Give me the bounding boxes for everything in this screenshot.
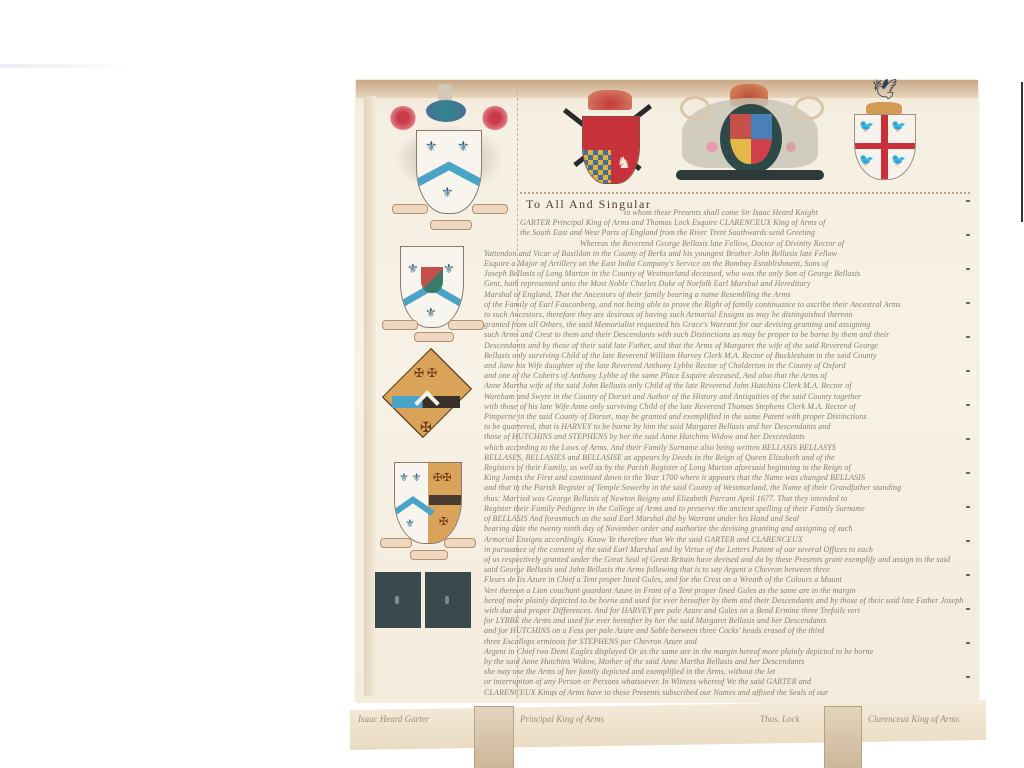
text-line: Whereas the Reverend George Bellasis lat… — [484, 239, 966, 249]
grant-body-text: to whom these Presents shall come Sir Is… — [484, 196, 966, 696]
text-line: to whom these Presents shall come Sir Is… — [484, 208, 966, 218]
scan-artifact — [0, 64, 130, 68]
text-line: Armorial Ensigns accordingly. Know Ye th… — [484, 535, 966, 545]
text-line: said George Bellasis and John Bellasis t… — [484, 565, 966, 575]
text-line: bearing date the twenty ninth day of Nov… — [484, 524, 966, 534]
text-line: in pursuance of the consent of the said … — [484, 545, 966, 555]
text-line: of the Family of Earl Fauconberg, and no… — [484, 300, 966, 310]
text-line: and that in the Parish Register of Templ… — [484, 483, 966, 493]
text-line: Esquire a Major of Artillery on the East… — [484, 259, 966, 269]
text-line: Anne Martha wife of the said John Bellas… — [484, 381, 966, 391]
text-line: of us respectively granted under the Gre… — [484, 555, 966, 565]
text-line: Yattendon and Vicar of Basildon in the C… — [484, 249, 966, 259]
text-line: with those of his late Wife Anne only su… — [484, 402, 966, 412]
royal-arms-icon — [670, 84, 830, 196]
earl-marshal-arms-icon: ♞ — [566, 86, 658, 186]
text-line: hereof more plainly depicted to be borne… — [484, 596, 966, 606]
text-line: BELLASES, BELLASIES and BELLASISE as app… — [484, 453, 966, 463]
text-line: the South East and West Parts of England… — [484, 228, 966, 238]
impaled-arms-icon: ⚜ ⚜ ⚜ ✠✠ ✠ — [380, 460, 476, 560]
text-line: Bellasis only surviving Child of the lat… — [484, 351, 966, 361]
text-line: Joseph Bellasis of Long Marton in the Co… — [484, 269, 966, 279]
text-line: such Arms and Crest to them and their De… — [484, 330, 966, 340]
lozenge-arms-icon: ✠ ✠ ✠ — [388, 352, 464, 452]
text-line: by the said Anne Hutchins Widow, Mother … — [484, 657, 966, 667]
signature-clarenceux: Clarenceux King of Arms — [868, 714, 959, 724]
seal-box-left — [375, 572, 421, 628]
text-line: and one of the Coheirs of Anthony Lybbe … — [484, 371, 966, 381]
text-line: CLARENCEUX Kings of Arms have to these P… — [484, 688, 966, 696]
signature-strip — [350, 700, 986, 750]
text-line: Fleurs de lis Azure in Chief a Tent prop… — [484, 575, 966, 585]
right-border-dots — [966, 200, 970, 680]
text-line: King James the First and continued down … — [484, 473, 966, 483]
text-line: Gent, hath represented unto the Most Nob… — [484, 279, 966, 289]
signature-garter: Isaac Heard Garter — [358, 714, 429, 724]
text-line: which according to the Laws of Arms. And… — [484, 443, 966, 453]
edge-divider — [1021, 82, 1023, 222]
text-line: three Escallops erminois for STEPHENS pe… — [484, 637, 966, 647]
text-line: or interruption of any Person or Persons… — [484, 677, 966, 687]
text-line: to such Ancestors, therefore they are de… — [484, 310, 966, 320]
signature-principal-king: Principal King of Arms — [520, 714, 604, 724]
signature-lock: Thos. Lock — [760, 714, 800, 724]
text-line: she may use the Arms of her family depic… — [484, 667, 966, 677]
text-line: Wareham and Swyre in the County of Dorse… — [484, 392, 966, 402]
seal-tab-left — [474, 706, 514, 768]
text-line: Registers of their Family, as well as by… — [484, 463, 966, 473]
text-line: Register their Family Pedigree in the Co… — [484, 504, 966, 514]
text-line: Marshal of England, That the Ancestors o… — [484, 290, 966, 300]
text-line: GARTER Principal King of Arms and Thomas… — [484, 218, 966, 228]
seal-tab-right — [824, 706, 862, 768]
college-of-arms-icon: 🕊 🐦 🐦 🐦 🐦 — [850, 80, 920, 190]
text-line: Descendants and by those of their said l… — [484, 341, 966, 351]
text-line: Argent in Chief two Demi Eagles displaye… — [484, 647, 966, 657]
text-line: of BELLASIS And forasmuch as the said Ea… — [484, 514, 966, 524]
text-line: thus: Married was George Bellasis of New… — [484, 494, 966, 504]
text-line: and for HUTCHINS on a Fess per pale Azur… — [484, 626, 966, 636]
text-line: for LYBBE the Arms and used for ever her… — [484, 616, 966, 626]
text-line: those of HUTCHINS and STEPHENS by her th… — [484, 432, 966, 442]
text-line: and Jane his Wife daughter of the late R… — [484, 361, 966, 371]
seal-box-right — [425, 572, 471, 628]
text-line: granted from all Others, the said Memori… — [484, 320, 966, 330]
text-line: Vert thereon a Lion couchant guardant Az… — [484, 586, 966, 596]
text-line: to be quartered, that is HARVEY to be bo… — [484, 422, 966, 432]
text-line: with due and proper Differences. And for… — [484, 606, 966, 616]
text-line: Pimperne in the said County of Dorset, m… — [484, 412, 966, 422]
